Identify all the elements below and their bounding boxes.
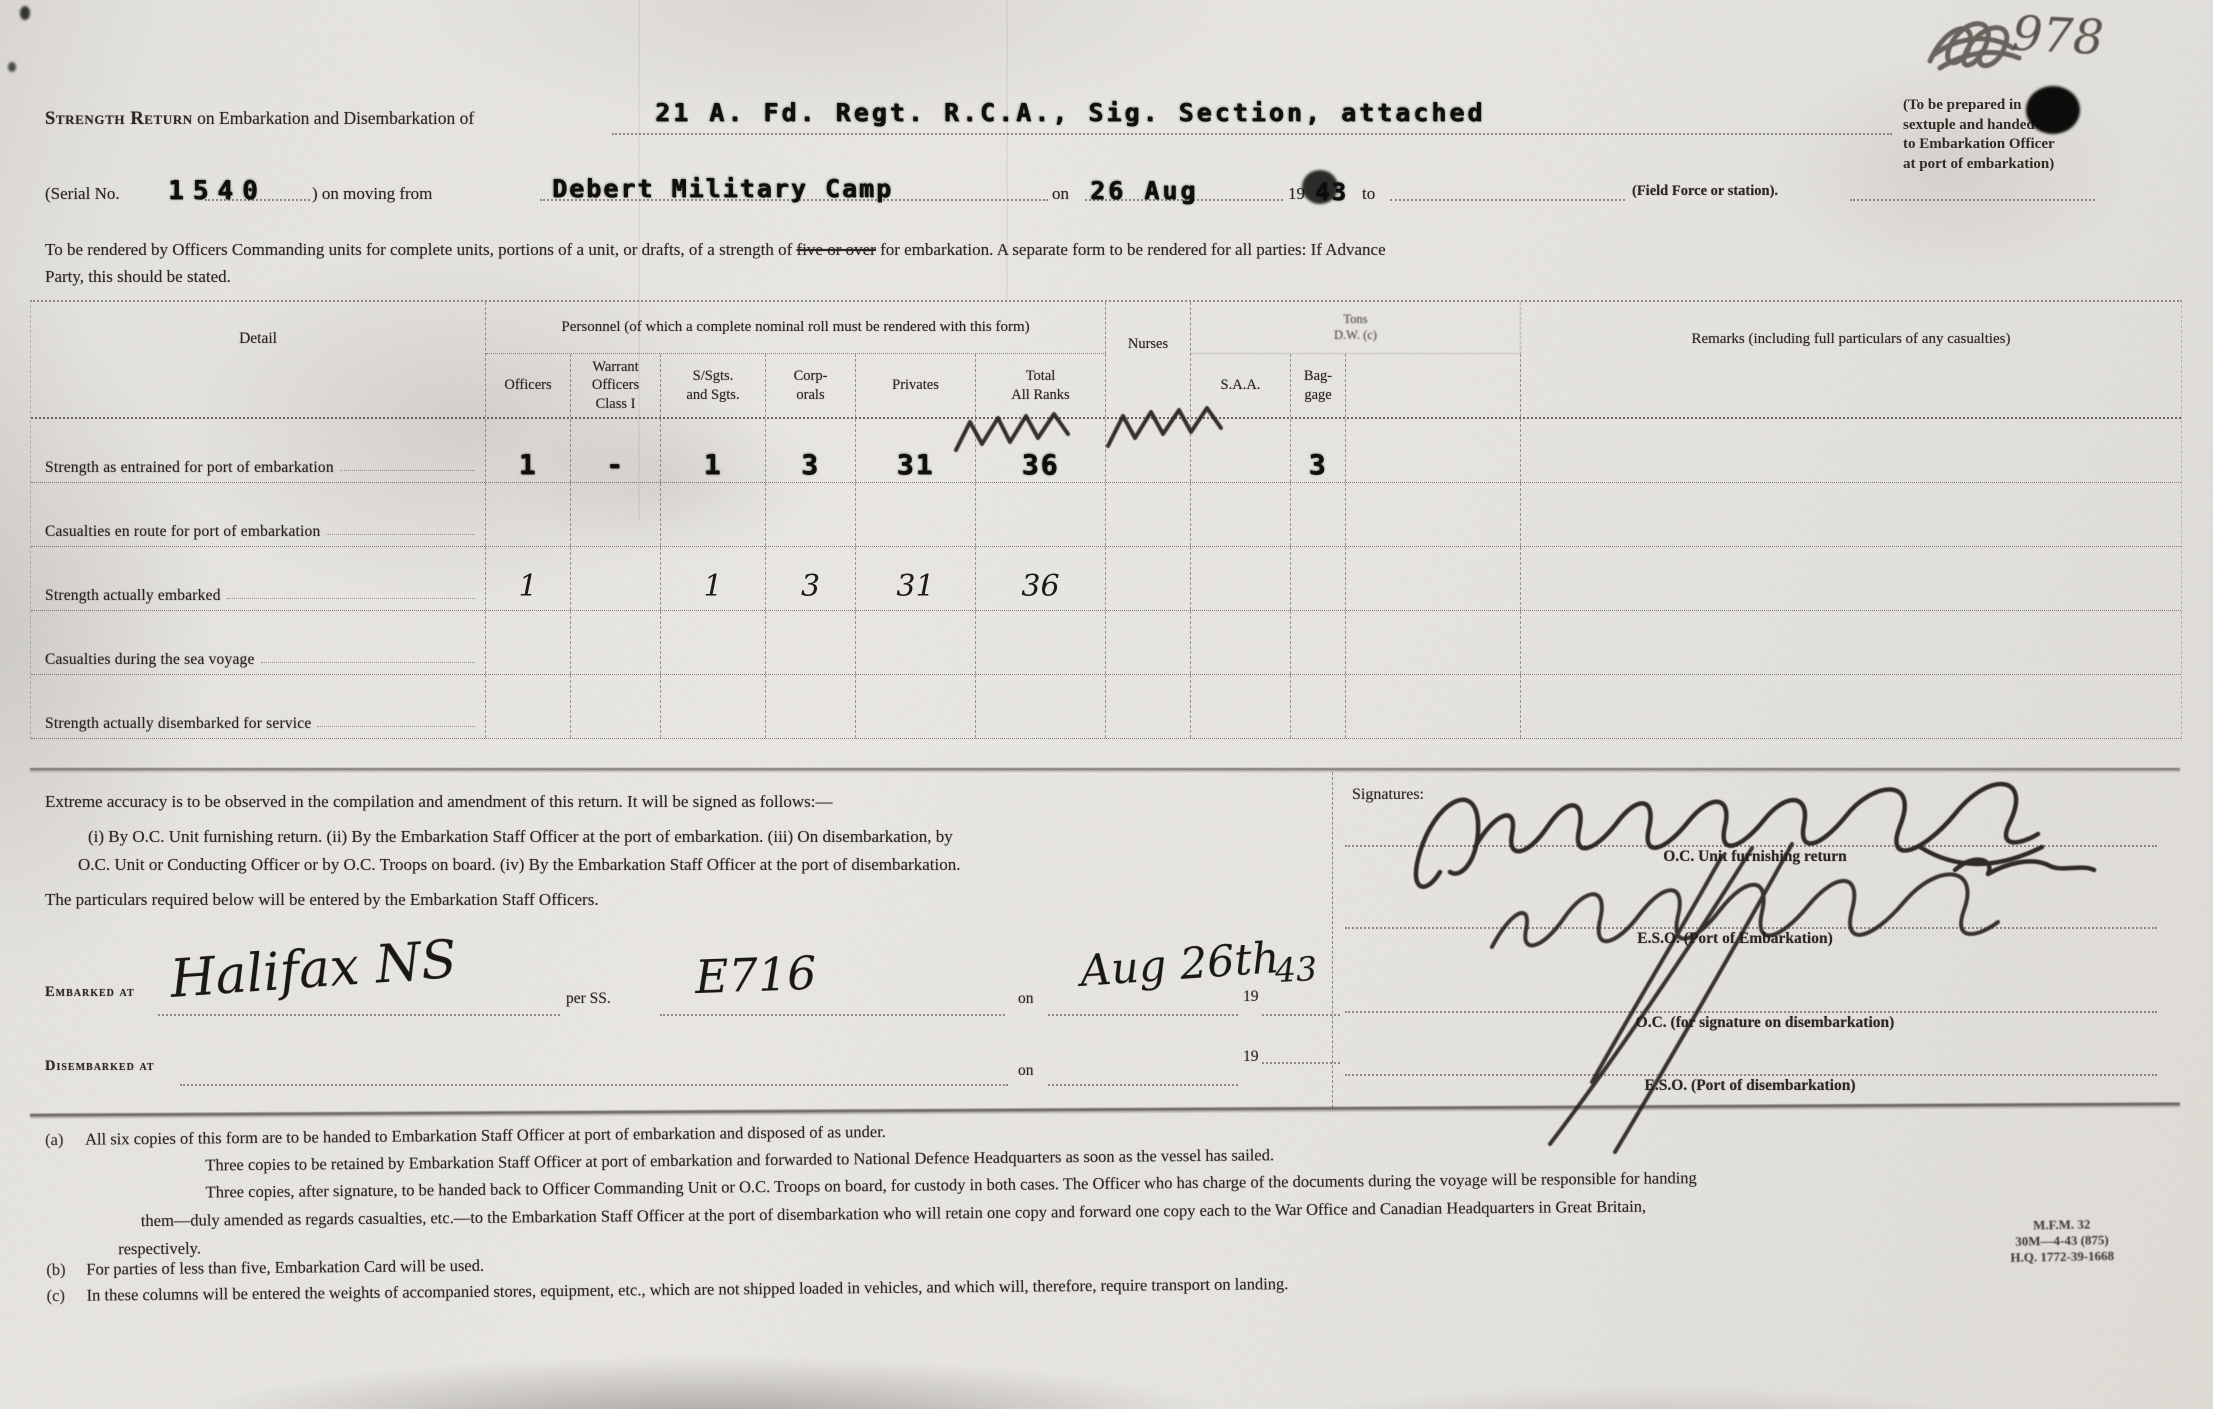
col-header-detail: Detail xyxy=(31,302,486,417)
table-cell xyxy=(1291,611,1346,674)
ship-entry: E716 xyxy=(694,946,817,1004)
table-cell xyxy=(1191,483,1291,546)
table-row: Strength actually disembarked for servic… xyxy=(31,675,2181,739)
row-label: Strength actually disembarked for servic… xyxy=(31,675,486,738)
table-cell xyxy=(571,547,661,610)
instructions-part2: for embarkation. A separate form to be r… xyxy=(880,240,1386,259)
row-label: Casualties during the sea voyage xyxy=(31,611,486,674)
table-cell xyxy=(1291,675,1346,738)
row-label: Casualties en route for port of embarkat… xyxy=(31,483,486,546)
table-cell: 3 xyxy=(1291,419,1346,482)
form-title-rest: on Embarkation and Disembarkation of xyxy=(197,108,474,128)
table-cell xyxy=(856,611,976,674)
table-cell xyxy=(1106,611,1191,674)
embarked-place-entry: Halifax NS xyxy=(168,930,458,1010)
instructions-part1: To be rendered by Officers Commanding un… xyxy=(45,240,792,259)
col-header-tons-blank xyxy=(1346,354,1521,417)
footnote-a1: All six copies of this form are to be ha… xyxy=(85,1122,886,1150)
table-cell xyxy=(1191,547,1291,610)
table-cell: - xyxy=(571,419,661,482)
col-group-personnel: Personnel (of which a complete nominal r… xyxy=(486,302,1106,354)
ink-speck xyxy=(20,6,30,20)
table-cell xyxy=(1106,483,1191,546)
table-cell xyxy=(1346,419,1521,482)
table-cell xyxy=(1191,611,1291,674)
footnote-a4: them—duly amended as regards casualties,… xyxy=(141,1197,1646,1231)
table-cell xyxy=(486,611,571,674)
scanned-form: 978 (To be prepared in sextuple and hand… xyxy=(0,0,2213,1409)
footnote-a2: Three copies to be retained by Embarkati… xyxy=(205,1145,1274,1175)
serial-number-entry: 1540 xyxy=(168,176,267,206)
table-cell xyxy=(976,483,1106,546)
table-cell xyxy=(661,483,766,546)
table-cell: 3 xyxy=(766,419,856,482)
table-row: Strength actually embarked1133136 xyxy=(31,547,2181,611)
dotted-line xyxy=(1048,1084,1238,1086)
table-cell xyxy=(1521,547,2181,610)
table-cell: 36 xyxy=(976,547,1106,610)
table-cell xyxy=(1291,547,1346,610)
note-line: (To be prepared in xyxy=(1903,96,2128,116)
col-header-warrant-officers: Warrant Officers Class I xyxy=(571,354,661,417)
table-cell xyxy=(571,675,661,738)
footnote-c-tag: (c) xyxy=(46,1286,65,1306)
dotted-line xyxy=(1850,199,2095,201)
instructions-part3: Party, this should be stated. xyxy=(45,267,231,286)
table-cell xyxy=(571,611,661,674)
dotted-line xyxy=(1262,1062,1340,1064)
table-row: Casualties en route for port of embarkat… xyxy=(31,483,2181,547)
table-cell: 1 xyxy=(486,419,571,482)
table-cell xyxy=(1191,675,1291,738)
table-cell: 1 xyxy=(486,547,571,610)
table-cell: 3 xyxy=(766,547,856,610)
table-cell xyxy=(661,675,766,738)
on-label: on xyxy=(1052,184,1069,204)
moving-from-entry: Debert Military Camp xyxy=(552,174,893,203)
accuracy-line3: O.C. Unit or Conducting Officer or by O.… xyxy=(78,855,960,875)
table-cell xyxy=(766,611,856,674)
moving-from-label: ) on moving from xyxy=(312,184,432,204)
ink-blot xyxy=(2026,86,2080,134)
footnote-b: For parties of less than five, Embarkati… xyxy=(86,1256,484,1280)
per-ss-label: per SS. xyxy=(566,990,611,1008)
table-cell xyxy=(1106,675,1191,738)
note-line: at port of embarkation) xyxy=(1903,155,2128,175)
embark-year-prefix: 19 xyxy=(1243,988,1259,1006)
ink-blot xyxy=(1302,170,1338,204)
col-header-nurses: Nurses xyxy=(1106,302,1191,417)
dotted-line xyxy=(158,1014,560,1016)
pencil-scribble xyxy=(1915,6,2045,90)
form-stamp: M.F.M. 32 30M—4-43 (875) H.Q. 1772-39-16… xyxy=(1972,1215,2153,1266)
table-cell: 1 xyxy=(661,547,766,610)
footnotes: (a) All six copies of this form are to b… xyxy=(45,1110,2177,1330)
table-cell xyxy=(856,483,976,546)
strength-table: Detail Personnel (of which a complete no… xyxy=(30,300,2182,739)
col-header-remarks: Remarks (including full particulars of a… xyxy=(1521,302,2181,417)
table-cell xyxy=(976,675,1106,738)
field-force-note: (Field Force or station). xyxy=(1632,183,1778,200)
row-label: Strength actually embarked xyxy=(31,547,486,610)
footnote-c: In these columns will be entered the wei… xyxy=(86,1274,1288,1306)
table-cell xyxy=(1346,547,1521,610)
table-cell xyxy=(1521,483,2181,546)
table-cell: 1 xyxy=(661,419,766,482)
embark-year-entry: 43 xyxy=(1274,949,1318,990)
col-header-baggage: Bag- gage xyxy=(1291,354,1346,417)
note-line: to Embarkation Officer xyxy=(1903,135,2128,155)
table-cell xyxy=(486,483,571,546)
disembarked-at-label: Disembarked at xyxy=(45,1058,155,1075)
row-label: Strength as entrained for port of embark… xyxy=(31,419,486,482)
table-cell xyxy=(1521,419,2181,482)
table-cell xyxy=(976,611,1106,674)
col-header-officers: Officers xyxy=(486,354,571,417)
table-cell xyxy=(1346,611,1521,674)
signature-oc-unit xyxy=(1380,752,2190,1162)
unit-name-entry: 21 A. Fd. Regt. R.C.A., Sig. Section, at… xyxy=(655,98,1485,127)
correction-scribble xyxy=(948,402,1258,464)
disembark-year-prefix: 19 xyxy=(1243,1048,1259,1066)
to-label: to xyxy=(1362,184,1375,204)
stamp-line: H.Q. 1772-39-1668 xyxy=(1972,1247,2152,1266)
dotted-line xyxy=(660,1014,1005,1016)
table-cell xyxy=(1346,675,1521,738)
footnote-b-tag: (b) xyxy=(46,1260,65,1280)
table-row: Casualties during the sea voyage xyxy=(31,611,2181,675)
date-entry: 26 Aug xyxy=(1090,176,1198,205)
dotted-line xyxy=(1048,1014,1238,1016)
footnote-a-tag: (a) xyxy=(45,1130,64,1150)
sextuple-note: (To be prepared in sextuple and handed t… xyxy=(1903,96,2128,174)
dotted-line xyxy=(180,1084,1008,1086)
signature-divider xyxy=(1332,772,1333,1108)
col-header-sergeants: S/Sgts. and Sgts. xyxy=(661,354,766,417)
table-cell: 31 xyxy=(856,547,976,610)
accuracy-line1: Extreme accuracy is to be observed in th… xyxy=(45,792,832,812)
table-cell xyxy=(571,483,661,546)
table-cell xyxy=(766,483,856,546)
embark-on-label: on xyxy=(1018,990,1034,1008)
dotted-line xyxy=(1262,1014,1340,1016)
instructions-struck: five or over xyxy=(797,240,876,259)
footnote-a5: respectively. xyxy=(118,1239,201,1260)
form-title-caps: Strength Return xyxy=(45,109,193,129)
table-cell xyxy=(1521,611,2181,674)
note-line: sextuple and handed xyxy=(1903,116,2128,136)
table-cell xyxy=(661,611,766,674)
table-cell xyxy=(486,675,571,738)
table-body: Strength as entrained for port of embark… xyxy=(31,419,2181,739)
col-group-tons: Tons D.W. (c) xyxy=(1191,302,1521,354)
col-header-corporals: Corp- orals xyxy=(766,354,856,417)
accuracy-line2: (i) By O.C. Unit furnishing return. (ii)… xyxy=(88,827,953,847)
accuracy-line4: The particulars required below will be e… xyxy=(45,890,599,910)
table-cell xyxy=(1291,483,1346,546)
table-cell xyxy=(1521,675,2181,738)
table-cell xyxy=(1106,547,1191,610)
table-cell xyxy=(1346,483,1521,546)
ink-speck xyxy=(8,62,16,72)
table-cell xyxy=(856,675,976,738)
table-cell xyxy=(766,675,856,738)
render-instructions: To be rendered by Officers Commanding un… xyxy=(45,236,1875,290)
embarked-at-label: Embarked at xyxy=(45,984,135,1001)
dotted-line xyxy=(612,133,1892,135)
serial-label: (Serial No. xyxy=(45,184,120,204)
form-title: Strength Return on Embarkation and Disem… xyxy=(45,108,474,130)
disembark-on-label: on xyxy=(1018,1062,1034,1080)
dotted-line xyxy=(1390,199,1625,201)
